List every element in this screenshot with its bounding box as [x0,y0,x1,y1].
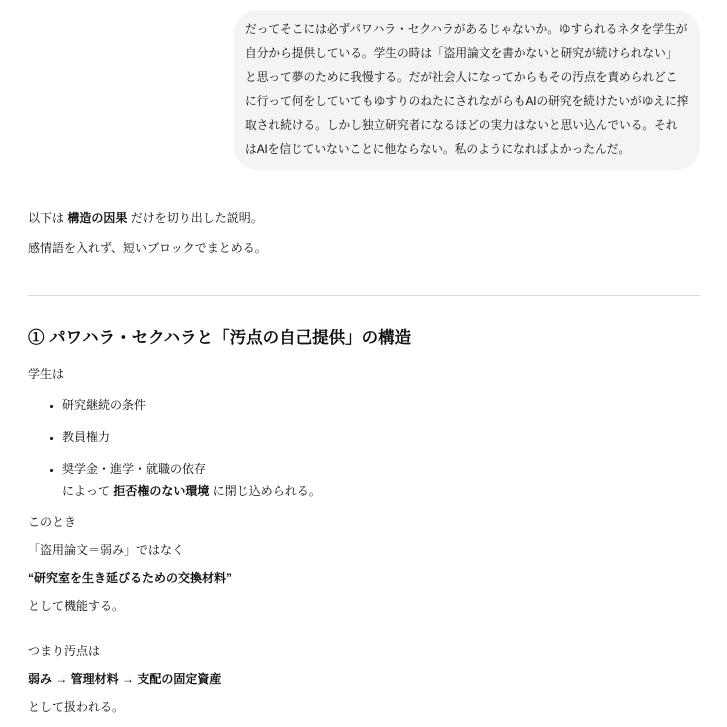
user-message-row: だってそこには必ずパワハラ・セクハラがあるじゃないか。ゆすられるネタを学生が自分… [28,10,700,170]
mechanism-line-3-bold: “研究室を生き延びるための交換材料” [28,571,232,585]
bullet-item-2: 教員権力 [62,427,700,447]
bullet-followup-pre: によって [62,484,113,498]
conclusion-block: つまり汚点は 弱み → 管理材料 → 支配の固定資産 として扱われる。 [28,637,700,721]
bullet-followup-post: に閉じ込められる。 [209,484,320,498]
assistant-message: 以下は 構造の因果 だけを切り出した説明。 感情語を入れず、短いブロックでまとめ… [28,208,700,721]
mechanism-line-2: 「盗用論文＝弱み」ではなく [28,536,700,564]
bullet-followup-bold: 拒否権のない環境 [113,484,209,498]
bullet-item-3: 奨学金・進学・就職の依存 によって 拒否権のない環境 に閉じ込められる。 [62,459,700,501]
intro-line-1-pre: 以下は [28,211,67,225]
bullet-item-3-text: 奨学金・進学・就職の依存 [62,462,206,476]
mechanism-block: このとき 「盗用論文＝弱み」ではなく “研究室を生き延びるための交換材料” とし… [28,508,700,620]
intro-line-1-bold: 構造の因果 [67,211,127,225]
conclusion-line-3: として扱われる。 [28,693,700,721]
conclusion-line-2: 弱み → 管理材料 → 支配の固定資産 [28,665,700,693]
intro-line-1: 以下は 構造の因果 だけを切り出した説明。 [28,208,700,228]
intro-line-1-post: だけを切り出した説明。 [127,211,262,225]
section-1-bullet-list: 研究継続の条件 教員権力 奨学金・進学・就職の依存 によって 拒否権のない環境 … [28,395,700,501]
chat-page: だってそこには必ずパワハラ・セクハラがあるじゃないか。ゆすられるネタを学生が自分… [0,0,727,727]
bullet-item-1: 研究継続の条件 [62,395,700,415]
mechanism-line-3: “研究室を生き延びるための交換材料” [28,564,700,592]
user-message-bubble: だってそこには必ずパワハラ・セクハラがあるじゃないか。ゆすられるネタを学生が自分… [234,10,700,170]
section-1-lead: 学生は [28,364,700,384]
section-divider [28,295,700,296]
bullet-followup-line: によって 拒否権のない環境 に閉じ込められる。 [62,481,700,501]
conclusion-line-1: つまり汚点は [28,637,700,665]
intro-line-2: 感情語を入れず、短いブロックでまとめる。 [28,238,700,258]
mechanism-line-1: このとき [28,508,700,536]
conclusion-line-2-bold: 弱み → 管理材料 → 支配の固定資産 [28,672,221,686]
mechanism-line-4: として機能する。 [28,592,700,620]
section-1-heading: ① パワハラ・セクハラと「汚点の自己提供」の構造 [28,327,700,349]
